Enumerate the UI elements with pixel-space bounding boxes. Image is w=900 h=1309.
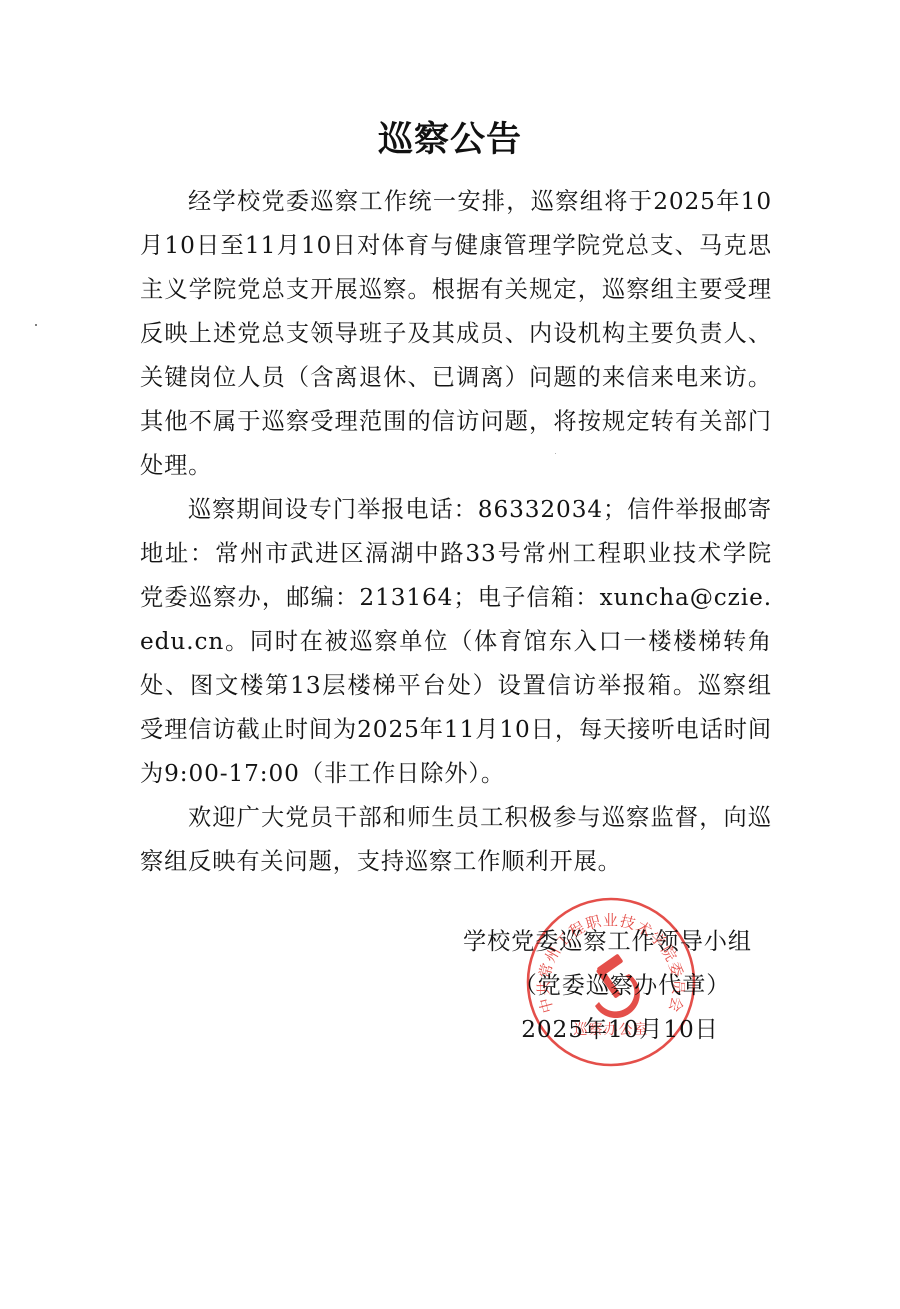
paragraph-invitation: 欢迎广大党员干部和师生员工积极参与巡察监督，向巡察组反映有关问题，支持巡察工作顺… (140, 796, 772, 884)
hammer-sickle-icon (595, 953, 640, 1018)
page-title: 巡察公告 (0, 116, 900, 164)
scan-speck (35, 324, 37, 326)
stamp-bottom-text: 巡察办公室 (574, 1021, 649, 1038)
official-seal-stamp: 中共常州工程职业技术学院委员会 巡察办公室 (525, 896, 697, 1068)
document-page: 巡察公告 经学校党委巡察工作统一安排，巡察组将于2025年10月10日至11月1… (0, 0, 900, 1309)
paragraph-inspection-scope: 经学校党委巡察工作统一安排，巡察组将于2025年10月10日至11月10日对体育… (140, 180, 772, 488)
paragraph-contact-info: 巡察期间设专门举报电话：86332034；信件举报邮寄地址：常州市武进区滆湖中路… (140, 488, 772, 796)
scan-speck (555, 453, 556, 454)
announcement-body: 经学校党委巡察工作统一安排，巡察组将于2025年10月10日至11月10日对体育… (140, 180, 772, 884)
